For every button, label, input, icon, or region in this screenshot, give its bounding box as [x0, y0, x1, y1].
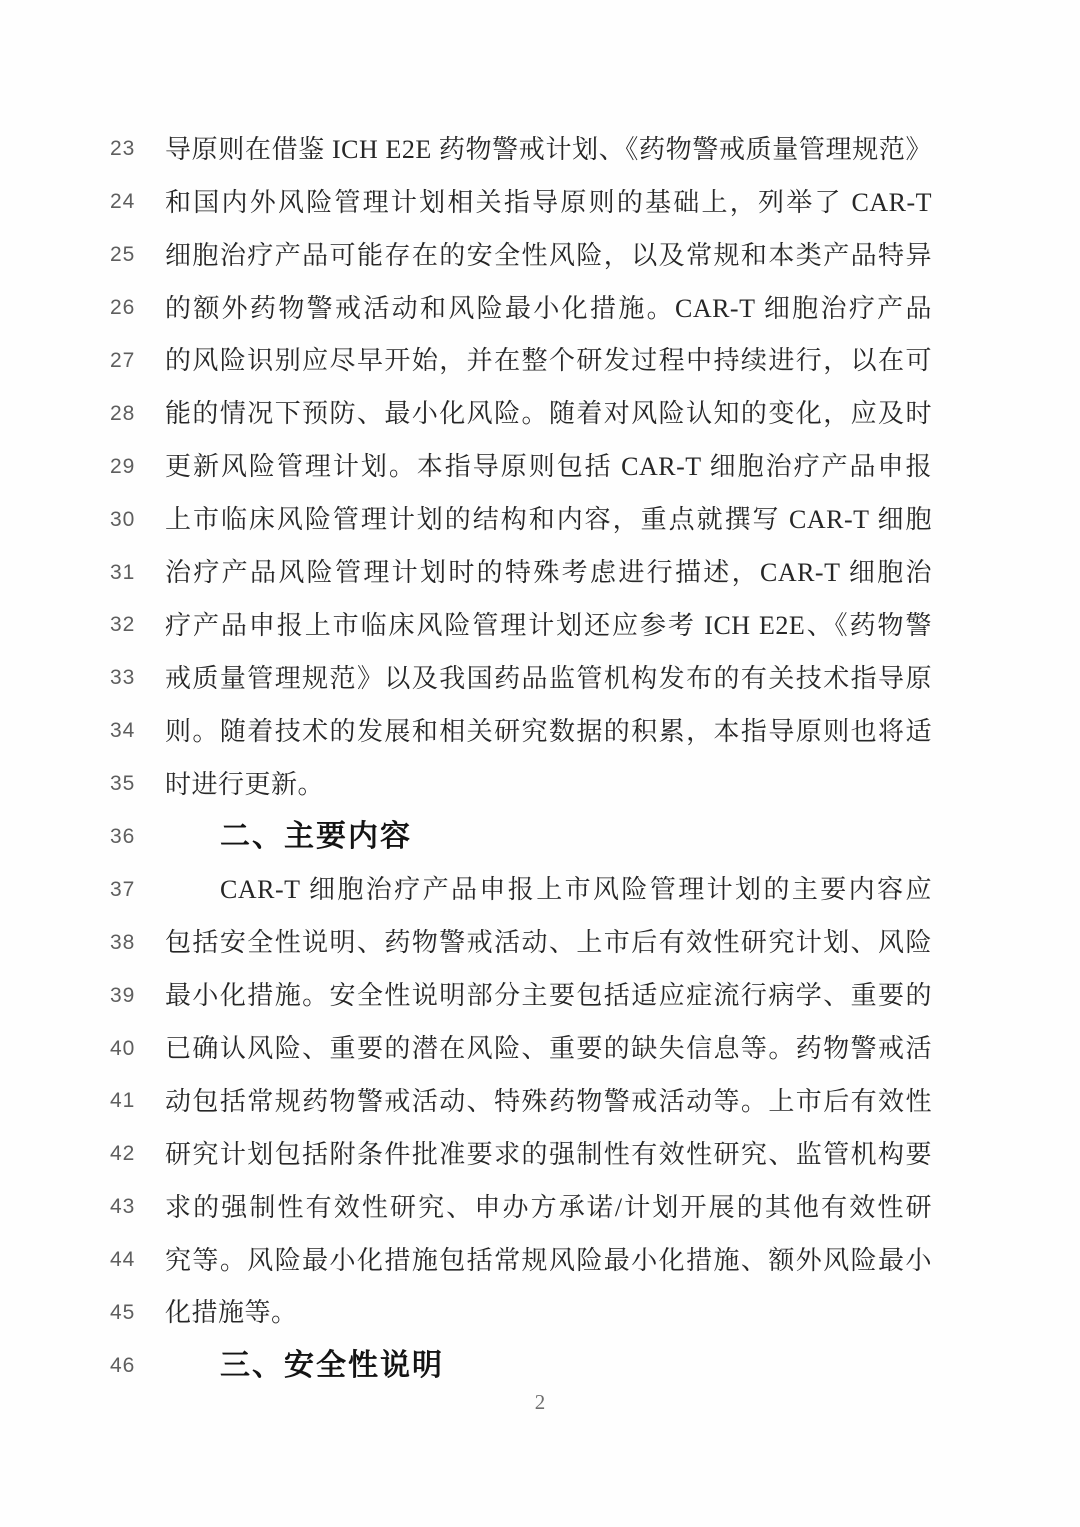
document-line: 24和国内外风险管理计划相关指导原则的基础上，列举了 CAR-T	[110, 176, 932, 229]
line-text: 已确认风险、重要的潜在风险、重要的缺失信息等。药物警戒活	[165, 1033, 932, 1064]
document-line: 46三、安全性说明	[110, 1339, 932, 1392]
line-number: 38	[110, 931, 165, 955]
document-body: 23导原则在借鉴 ICH E2E 药物警戒计划、《药物警戒质量管理规范》24和国…	[110, 123, 932, 1392]
line-text: 则。随着技术的发展和相关研究数据的积累，本指导原则也将适	[165, 716, 932, 747]
line-number: 34	[110, 719, 165, 743]
line-number: 42	[110, 1142, 165, 1166]
document-line: 32疗产品申报上市临床风险管理计划还应参考 ICH E2E、《药物警	[110, 599, 932, 652]
page-number: 2	[0, 1390, 1080, 1415]
line-text: CAR-T 细胞治疗产品申报上市风险管理计划的主要内容应	[165, 874, 932, 905]
line-number: 40	[110, 1037, 165, 1061]
document-line: 45化措施等。	[110, 1287, 932, 1340]
line-number: 46	[110, 1354, 165, 1378]
document-line: 37CAR-T 细胞治疗产品申报上市风险管理计划的主要内容应	[110, 863, 932, 916]
document-line: 33戒质量管理规范》以及我国药品监管机构发布的有关技术指导原	[110, 652, 932, 705]
line-text: 时进行更新。	[165, 769, 932, 800]
document-line: 30上市临床风险管理计划的结构和内容，重点就撰写 CAR-T 细胞	[110, 493, 932, 546]
line-text: 细胞治疗产品可能存在的安全性风险，以及常规和本类产品特异	[165, 240, 932, 271]
line-number: 45	[110, 1301, 165, 1325]
line-number: 27	[110, 349, 165, 373]
line-number: 43	[110, 1195, 165, 1219]
line-number: 44	[110, 1248, 165, 1272]
document-line: 42研究计划包括附条件批准要求的强制性有效性研究、监管机构要	[110, 1128, 932, 1181]
document-line: 34则。随着技术的发展和相关研究数据的积累，本指导原则也将适	[110, 705, 932, 758]
line-text: 求的强制性有效性研究、申办方承诺/计划开展的其他有效性研	[165, 1192, 932, 1223]
line-number: 23	[110, 137, 165, 161]
line-number: 41	[110, 1089, 165, 1113]
document-line: 36二、主要内容	[110, 811, 932, 864]
document-line: 44究等。风险最小化措施包括常规风险最小化措施、额外风险最小	[110, 1234, 932, 1287]
line-number: 29	[110, 455, 165, 479]
line-text: 研究计划包括附条件批准要求的强制性有效性研究、监管机构要	[165, 1139, 932, 1170]
document-line: 35时进行更新。	[110, 758, 932, 811]
document-line: 41动包括常规药物警戒活动、特殊药物警戒活动等。上市后有效性	[110, 1075, 932, 1128]
line-text: 疗产品申报上市临床风险管理计划还应参考 ICH E2E、《药物警	[165, 610, 932, 641]
line-number: 28	[110, 402, 165, 426]
document-line: 25细胞治疗产品可能存在的安全性风险，以及常规和本类产品特异	[110, 229, 932, 282]
line-text: 上市临床风险管理计划的结构和内容，重点就撰写 CAR-T 细胞	[165, 504, 932, 535]
line-text: 导原则在借鉴 ICH E2E 药物警戒计划、《药物警戒质量管理规范》	[165, 134, 932, 165]
line-number: 32	[110, 613, 165, 637]
section-heading: 三、安全性说明	[165, 1348, 987, 1384]
document-line: 43求的强制性有效性研究、申办方承诺/计划开展的其他有效性研	[110, 1181, 932, 1234]
line-text: 的风险识别应尽早开始，并在整个研发过程中持续进行，以在可	[165, 345, 932, 376]
line-text: 戒质量管理规范》以及我国药品监管机构发布的有关技术指导原	[165, 663, 932, 694]
line-text: 包括安全性说明、药物警戒活动、上市后有效性研究计划、风险	[165, 927, 932, 958]
document-line: 31治疗产品风险管理计划时的特殊考虑进行描述，CAR-T 细胞治	[110, 546, 932, 599]
document-line: 28能的情况下预防、最小化风险。随着对风险认知的变化，应及时	[110, 387, 932, 440]
line-number: 33	[110, 666, 165, 690]
line-number: 35	[110, 772, 165, 796]
line-text: 和国内外风险管理计划相关指导原则的基础上，列举了 CAR-T	[165, 187, 932, 218]
line-number: 26	[110, 296, 165, 320]
document-line: 38包括安全性说明、药物警戒活动、上市后有效性研究计划、风险	[110, 916, 932, 969]
line-text: 的额外药物警戒活动和风险最小化措施。CAR-T 细胞治疗产品	[165, 293, 932, 324]
line-text: 更新风险管理计划。本指导原则包括 CAR-T 细胞治疗产品申报	[165, 451, 932, 482]
line-text: 能的情况下预防、最小化风险。随着对风险认知的变化，应及时	[165, 398, 932, 429]
section-heading: 二、主要内容	[165, 819, 987, 855]
line-number: 25	[110, 243, 165, 267]
document-line: 27的风险识别应尽早开始，并在整个研发过程中持续进行，以在可	[110, 335, 932, 388]
line-text: 动包括常规药物警戒活动、特殊药物警戒活动等。上市后有效性	[165, 1086, 932, 1117]
line-number: 24	[110, 190, 165, 214]
line-text: 化措施等。	[165, 1297, 932, 1328]
line-text: 最小化措施。安全性说明部分主要包括适应症流行病学、重要的	[165, 980, 932, 1011]
document-page: 23导原则在借鉴 ICH E2E 药物警戒计划、《药物警戒质量管理规范》24和国…	[0, 0, 1080, 1527]
line-number: 36	[110, 825, 165, 849]
document-line: 29更新风险管理计划。本指导原则包括 CAR-T 细胞治疗产品申报	[110, 440, 932, 493]
line-number: 39	[110, 984, 165, 1008]
document-line: 40已确认风险、重要的潜在风险、重要的缺失信息等。药物警戒活	[110, 1022, 932, 1075]
document-line: 26的额外药物警戒活动和风险最小化措施。CAR-T 细胞治疗产品	[110, 282, 932, 335]
line-text: 治疗产品风险管理计划时的特殊考虑进行描述，CAR-T 细胞治	[165, 557, 932, 588]
line-text: 究等。风险最小化措施包括常规风险最小化措施、额外风险最小	[165, 1245, 932, 1276]
line-number: 31	[110, 561, 165, 585]
line-number: 30	[110, 508, 165, 532]
document-line: 39最小化措施。安全性说明部分主要包括适应症流行病学、重要的	[110, 969, 932, 1022]
line-number: 37	[110, 878, 165, 902]
document-line: 23导原则在借鉴 ICH E2E 药物警戒计划、《药物警戒质量管理规范》	[110, 123, 932, 176]
